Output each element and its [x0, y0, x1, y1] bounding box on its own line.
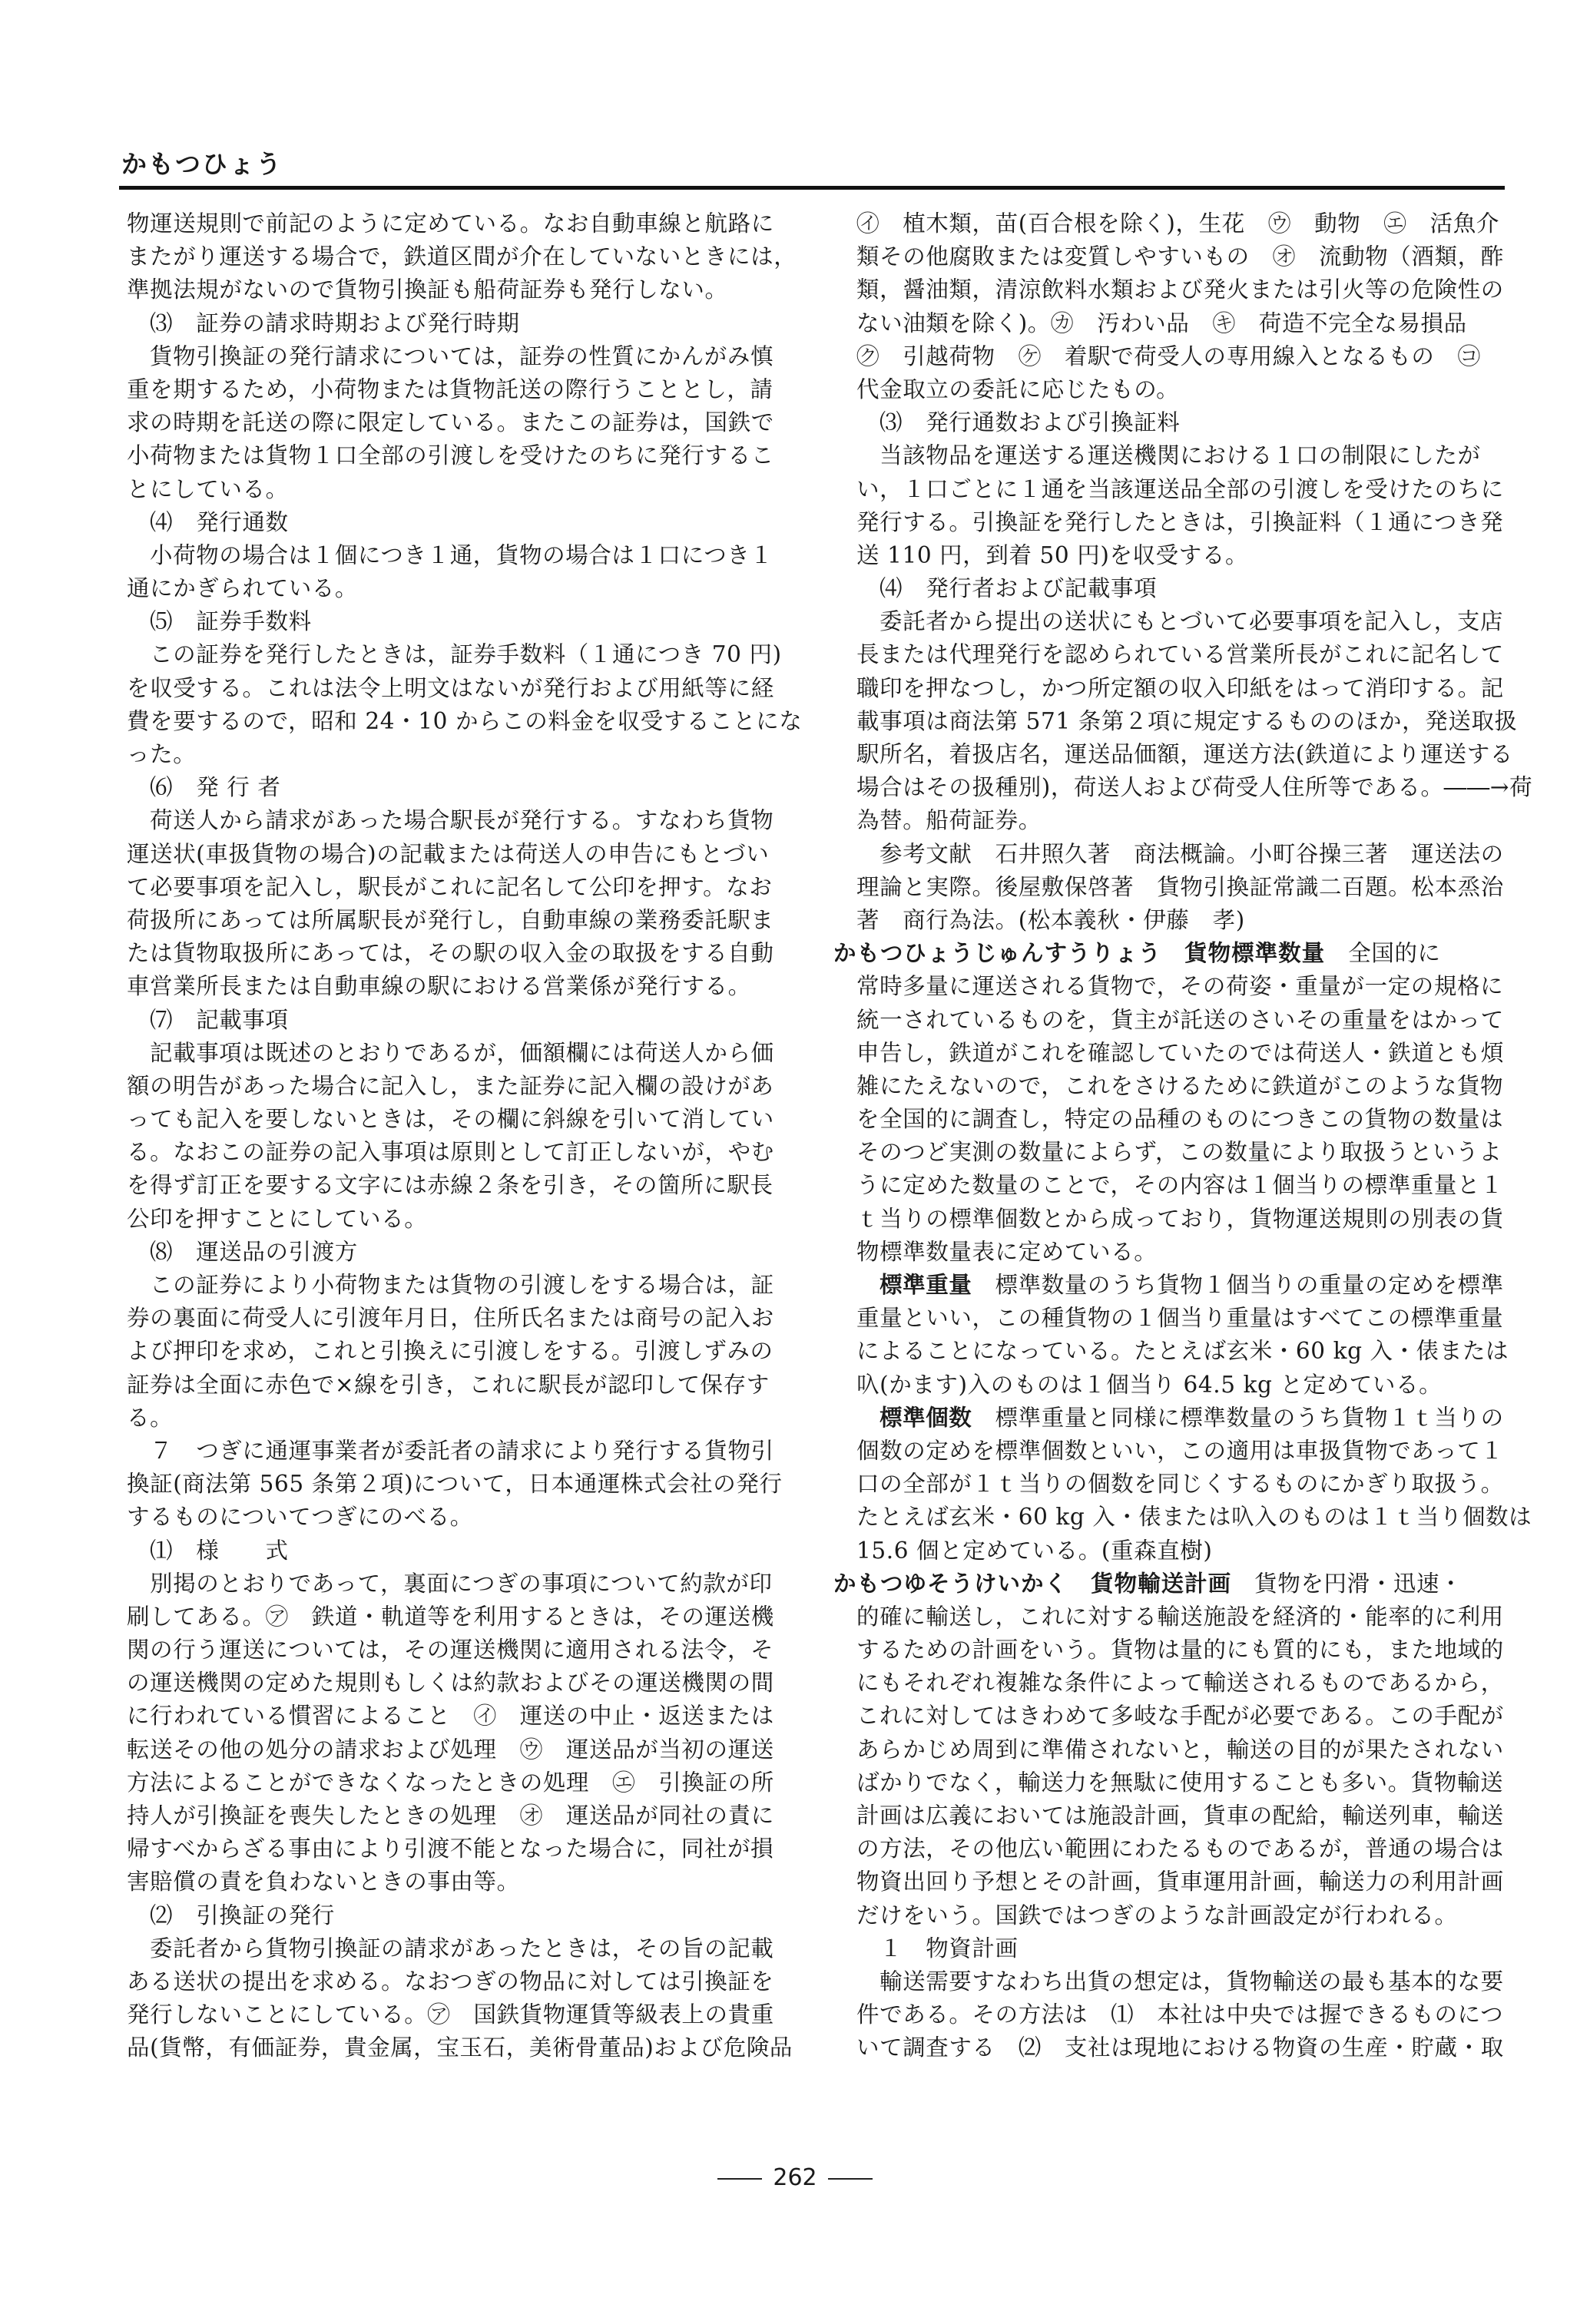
line-text: ⑶ 発行通数および引換証料: [879, 409, 1180, 435]
line-text: った。: [127, 741, 196, 767]
text-line: 公印を押すことにしている。: [127, 1203, 795, 1236]
line-text: 荷送人から請求があった場合駅長が発行する。すなわち貨物: [150, 807, 773, 833]
line-text: 載事項は商法第 571 条第２項に規定するもののほか，発送取扱: [856, 708, 1518, 734]
text-line: 常時多量に運送される貨物で，その荷姿・重量が一定の規格に: [833, 970, 1508, 1003]
line-text: だけをいう。国鉄ではつぎのような計画設定が行われる。: [856, 1902, 1458, 1928]
text-line: 的確に輸送し，これに対する輸送施設を経済的・能率的に利用: [833, 1601, 1508, 1634]
text-line: 職印を押なつし，かつ所定額の収入印紙をはって消印する。記: [833, 672, 1508, 705]
text-line: 小荷物の場合は１個につき１通，貨物の場合は１口につき１: [127, 539, 795, 572]
section-heading-line: ⑺ 記載事項: [127, 1004, 795, 1037]
right-column: ㋑ 植木類，苗(百合根を除く)，生花 ㋒ 動物 ㋓ 活魚介類その他腐敗または変質…: [833, 207, 1508, 2065]
text-line: 物標準数量表に定めている。: [833, 1236, 1508, 1269]
line-text: にもそれぞれ複雑な条件によって輸送されるものであるから，: [856, 1670, 1504, 1696]
line-text: この証券を発行したときは，証券手数料（１通につき 70 円): [150, 641, 782, 667]
text-line: 持人が引換証を喪失したときの処理 ㋔ 運送品が同社の責に: [127, 1799, 795, 1832]
text-line: 計画は広義においては施設計画，貨車の配給，輸送列車，輸送: [833, 1799, 1508, 1832]
text-line: 統一されているものを，貨主が託送のさいその重量をはかって: [833, 1004, 1508, 1037]
line-text: ⑹ 発 行 者: [150, 774, 280, 800]
text-line: うに定めた数量のことで，その内容は１個当りの標準重量と１: [833, 1169, 1508, 1202]
text-line: 通にかぎられている。: [127, 572, 795, 605]
text-line: 証券は全面に赤色で×線を引き，これに駅長が認印して保存す: [127, 1369, 795, 1402]
line-text: するための計画をいう。貨物は量的にも質的にも，また地域的: [856, 1637, 1504, 1663]
text-line: 当該物品を運送する運送機関における１口の制限にしたが: [833, 439, 1508, 472]
text-line: 発行する。引換証を発行したときは，引換証料（１通につき発: [833, 506, 1508, 539]
text-line: たは貨物取扱所にあっては，その駅の収入金の取扱をする自動: [127, 937, 795, 970]
text-line: 関の行う運送については，その運送機関に適用される法令，そ: [127, 1634, 795, 1667]
line-text: ㋗ 引越荷物 ㋘ 着駅で荷受人の専用線入となるもの ㋙: [856, 343, 1481, 369]
line-text: 委託者から貨物引換証の請求があったときは，その旨の記載: [150, 1935, 773, 1961]
text-line: 為替。船荷証券。: [833, 804, 1508, 837]
line-text: る。なおこの証券の記入事項は原則として訂正しないが，やむ: [127, 1139, 774, 1165]
text-line: によることになっている。たとえば玄米・60 kg 入・俵または: [833, 1335, 1508, 1368]
text-line: この証券を発行したときは，証券手数料（１通につき 70 円): [127, 638, 795, 671]
line-text: 求の時期を託送の際に限定している。またこの証券は，国鉄で: [127, 409, 774, 435]
line-text: の運送機関の定めた規則もしくは約款およびその運送機関の間: [127, 1670, 774, 1696]
text-line: を全国的に調査し，特定の品種のものにつきこの貨物の数量は: [833, 1103, 1508, 1136]
text-line: 代金取立の委託に応じたもの。: [833, 373, 1508, 406]
line-text: 全国的に: [1348, 940, 1440, 966]
section-heading-line: ⑷ 発行通数: [127, 506, 795, 539]
text-line: 荷送人から請求があった場合駅長が発行する。すなわち貨物: [127, 804, 795, 837]
line-text: ない油類を除く)。㋕ 汚わい品 ㋖ 荷造不完全な易損品: [856, 310, 1467, 336]
line-text: ⑺ 記載事項: [150, 1007, 289, 1033]
page-number: 262: [773, 2164, 817, 2191]
text-line: の運送機関の定めた規則もしくは約款およびその運送機関の間: [127, 1667, 795, 1700]
line-text: 標準重量と同様に標準数量のうち貨物１ｔ当りの: [995, 1405, 1504, 1431]
line-text: 関の行う運送については，その運送機関に適用される法令，そ: [127, 1637, 773, 1663]
line-text: 駅所名，着扱店名，運送品価額，運送方法(鉄道により運送する: [856, 741, 1513, 767]
line-text: 貨物引換証の発行請求については，証券の性質にかんがみ慎: [150, 343, 773, 369]
line-text: 貨物を円滑・迅速・: [1254, 1571, 1462, 1597]
text-line: る。: [127, 1402, 795, 1435]
text-line: またがり運送する場合で，鉄道区間が介在していないときには，: [127, 240, 795, 273]
line-text: またがり運送する場合で，鉄道区間が介在していないときには，: [127, 243, 797, 270]
entry-headword: かもつゆそうけいかく: [833, 1571, 1068, 1597]
text-line: 品(貨幣，有価証券，貴金属，宝玉石，美術骨董品)および危険品: [127, 2031, 795, 2064]
entry-kanji-term: 貨物標準数量: [1184, 940, 1325, 966]
line-text: ⑴ 様 式: [150, 1538, 289, 1564]
line-text: 小荷物の場合は１個につき１通，貨物の場合は１口につき１: [150, 542, 773, 568]
text-line: 額の明告があった場合に記入し，また証券に記入欄の設けがあ: [127, 1070, 795, 1103]
text-line: 類その他腐敗または変質しやすいもの ㋔ 流動物（酒類，酢: [833, 240, 1508, 273]
text-line: 雑にたえないので，これをさけるために鉄道がこのような貨物: [833, 1070, 1508, 1103]
text-line: 場合はその扱種別)，荷送人および荷受人住所等である。――→荷: [833, 771, 1508, 804]
line-text: 場合はその扱種別)，荷送人および荷受人住所等である。――→荷: [856, 774, 1532, 800]
text-line: 載事項は商法第 571 条第２項に規定するもののほか，発送取扱: [833, 705, 1508, 738]
line-text: を収受する。これは法令上明文はないが発行および用紙等に経: [127, 675, 774, 701]
text-line: 別掲のとおりであって，裏面につぎの事項について約款が印: [127, 1568, 795, 1601]
section-heading-line: ⑴ 様 式: [127, 1534, 795, 1568]
text-line: っても記入を要しないときは，その欄に斜線を引いて消してい: [127, 1103, 795, 1136]
text-line: 帰すべからざる事由により引渡不能となった場合に，同社が損: [127, 1832, 795, 1865]
text-line: 類，醤油類，清涼飲料水類および発火または引火等の危険性の: [833, 273, 1508, 306]
line-text: 15.6 個と定めている。(重森直樹): [856, 1538, 1212, 1564]
text-line: あらかじめ周到に準備されないと，輸送の目的が果たされない: [833, 1733, 1508, 1766]
line-text: 運送状(車扱貨物の場合)の記載または荷送人の申告にもとづい: [127, 841, 769, 867]
footer-dash-left: [717, 2178, 762, 2180]
line-text: 代金取立の委託に応じたもの。: [856, 376, 1179, 402]
line-text: 物運送規則で前記のように定めている。なお自動車線と航路に: [127, 210, 774, 237]
text-line: 15.6 個と定めている。(重森直樹): [833, 1534, 1508, 1568]
text-line: る。なおこの証券の記入事項は原則として訂正しないが，やむ: [127, 1136, 795, 1169]
line-text: い，１口ごとに１通を当該運送品全部の引渡しを受けたのちに: [856, 476, 1504, 502]
text-line: だけをいう。国鉄ではつぎのような計画設定が行われる。: [833, 1899, 1508, 1932]
section-heading-line: ⑵ 引換証の発行: [127, 1899, 795, 1932]
line-text: 件である。その方法は ⑴ 本社は中央では握できるものにつ: [856, 2001, 1503, 2028]
line-text: 車営業所長または自動車線の駅における営業係が発行する。: [127, 973, 751, 999]
line-text: ⑵ 引換証の発行: [150, 1902, 335, 1928]
line-text: １ 物資計画: [879, 1935, 1019, 1961]
line-text: ⑷ 発行通数: [150, 509, 289, 535]
text-line: この証券により小荷物または貨物の引渡しをする場合は，証: [127, 1269, 795, 1302]
text-line: 物運送規則で前記のように定めている。なお自動車線と航路に: [127, 207, 795, 240]
line-text: の方法，その他広い範囲にわたるものであるが，普通の場合は: [856, 1836, 1504, 1862]
line-text: 叺(かます)入のものは１個当り 64.5 kg と定めている。: [856, 1372, 1442, 1398]
line-text: たは貨物取扱所にあっては，その駅の収入金の取扱をする自動: [127, 940, 774, 966]
line-text: そのつど実測の数量によらず，この数量により取扱うというよ: [856, 1139, 1502, 1165]
line-text: 類その他腐敗または変質しやすいもの ㋔ 流動物（酒類，酢: [856, 243, 1504, 270]
text-line: にもそれぞれ複雑な条件によって輸送されるものであるから，: [833, 1667, 1508, 1700]
text-line: 方法によることができなくなったときの処理 ㋓ 引換証の所: [127, 1766, 795, 1799]
line-text: 委託者から提出の送状にもとづいて必要事項を記入し，支店: [879, 608, 1503, 634]
text-line: の方法，その他広い範囲にわたるものであるが，普通の場合は: [833, 1832, 1508, 1865]
text-line: 委託者から提出の送状にもとづいて必要事項を記入し，支店: [833, 605, 1508, 638]
text-line: 運送状(車扱貨物の場合)の記載または荷送人の申告にもとづい: [127, 838, 795, 871]
text-line: 送 110 円，到着 50 円)を収受する。: [833, 539, 1508, 572]
line-text: 送 110 円，到着 50 円)を収受する。: [856, 542, 1248, 568]
line-text: 的確に輸送し，これに対する輸送施設を経済的・能率的に利用: [856, 1604, 1504, 1630]
line-text: ⑸ 証券手数料: [150, 608, 312, 634]
text-line: 理論と実際。後屋敷保啓著 貨物引換証常識二百題。松本烝治: [833, 871, 1508, 904]
line-text: ある送状の提出を求める。なおつぎの物品に対しては引換証を: [127, 1968, 774, 1995]
text-line: 重を期するため，小荷物または貨物託送の際行うこととし，請: [127, 373, 795, 406]
text-line: 車営業所長または自動車線の駅における営業係が発行する。: [127, 970, 795, 1003]
line-text: 物標準数量表に定めている。: [856, 1239, 1157, 1265]
text-line: するものについてつぎにのべる。: [127, 1501, 795, 1534]
text-line: った。: [127, 738, 795, 771]
line-text: 類，醤油類，清涼飲料水類および発火または引火等の危険性の: [856, 276, 1504, 303]
entry-kanji-term: 貨物輸送計画: [1091, 1571, 1231, 1597]
line-text: を全国的に調査し，特定の品種のものにつきこの貨物の数量は: [856, 1106, 1503, 1132]
line-text: ⑻ 運送品の引渡方: [150, 1239, 358, 1265]
text-line: これに対してはきわめて多岐な手配が必要である。この手配が: [833, 1700, 1508, 1733]
line-text: いて調査する ⑵ 支社は現地における物資の生産・貯蔵・取: [856, 2034, 1504, 2061]
line-text: 発行する。引換証を発行したときは，引換証料（１通につき発: [856, 509, 1503, 535]
section-heading-line: ⑻ 運送品の引渡方: [127, 1236, 795, 1269]
text-line: て必要事項を記入し，駅長がこれに記名して公印を押す。なお: [127, 871, 795, 904]
text-line: ㋗ 引越荷物 ㋘ 着駅で荷受人の専用線入となるもの ㋙: [833, 340, 1508, 373]
line-text: 申告し，鉄道がこれを確認していたのでは荷送人・鉄道とも煩: [856, 1040, 1504, 1066]
line-text: 統一されているものを，貨主が託送のさいその重量をはかって: [856, 1007, 1504, 1033]
line-text: 転送その他の処分の請求および処理 ㋒ 運送品が当初の運送: [127, 1736, 774, 1763]
line-text: 発行しないことにしている。㋐ 国鉄貨物運賃等級表上の貴重: [127, 2001, 774, 2028]
line-text: 換証(商法第 565 条第２項)について，日本通運株式会社の発行: [127, 1471, 783, 1497]
section-heading-line: ⑸ 証券手数料: [127, 605, 795, 638]
line-text: 別掲のとおりであって，裏面につぎの事項について約款が印: [150, 1571, 773, 1597]
line-text: 長または代理発行を認められている営業所長がこれに記名して: [856, 641, 1504, 667]
line-text: っても記入を要しないときは，その欄に斜線を引いて消してい: [127, 1106, 774, 1132]
text-line: 標準重量 標準数量のうち貨物１個当りの重量の定めを標準: [833, 1269, 1508, 1302]
line-text: ７ つぎに通運事業者が委託者の請求により発行する貨物引: [150, 1438, 774, 1464]
text-line: 換証(商法第 565 条第２項)について，日本通運株式会社の発行: [127, 1468, 795, 1501]
text-line: よび押印を求め，これと引換えに引渡しをする。引渡しずみの: [127, 1335, 795, 1368]
line-text: 準拠法規がないので貨物引換証も船荷証券も発行しない。: [127, 276, 728, 303]
line-text: 持人が引換証を喪失したときの処理 ㋔ 運送品が同社の責に: [127, 1803, 774, 1829]
text-line: 口の全部が１ｔ当りの個数を同じくするものにかぎり取扱う。: [833, 1468, 1508, 1501]
line-text: ばかりでなく，輸送力を無駄に使用することも多い。貨物輸送: [856, 1769, 1503, 1796]
text-line: 券の裏面に荷受人に引渡年月日，住所氏名または商号の記入お: [127, 1302, 795, 1335]
line-text: 額の明告があった場合に記入し，また証券に記入欄の設けがあ: [127, 1073, 774, 1099]
line-text: 荷扱所にあっては所属駅長が発行し，自動車線の業務委託駅ま: [127, 907, 774, 933]
line-text: に行われている慣習によること ㋑ 運送の中止・返送または: [127, 1703, 774, 1729]
line-text: ㋑ 植木類，苗(百合根を除く)，生花 ㋒ 動物 ㋓ 活魚介: [856, 210, 1499, 237]
text-line: 害賠償の責を負わないときの事由等。: [127, 1865, 795, 1899]
left-column: 物運送規則で前記のように定めている。なお自動車線と航路にまたがり運送する場合で，…: [127, 207, 795, 2065]
line-text: よび押印を求め，これと引換えに引渡しをする。引渡しずみの: [127, 1338, 773, 1364]
line-text: この証券により小荷物または貨物の引渡しをする場合は，証: [150, 1272, 774, 1298]
text-line: そのつど実測の数量によらず，この数量により取扱うというよ: [833, 1136, 1508, 1169]
text-line: 求の時期を託送の際に限定している。またこの証券は，国鉄で: [127, 406, 795, 439]
text-line: 貨物引換証の発行請求については，証券の性質にかんがみ慎: [127, 340, 795, 373]
header-rule: [119, 186, 1505, 190]
text-line: いて調査する ⑵ 支社は現地における物資の生産・貯蔵・取: [833, 2031, 1508, 2064]
section-heading-line: ⑶ 発行通数および引換証料: [833, 406, 1508, 439]
text-line: 申告し，鉄道がこれを確認していたのでは荷送人・鉄道とも煩: [833, 1037, 1508, 1070]
line-text: て必要事項を記入し，駅長がこれに記名して公印を押す。なお: [127, 874, 772, 900]
dictionary-entry-line: かもつひょうじゅんすうりょう 貨物標準数量 全国的に: [833, 937, 1508, 970]
line-text: 口の全部が１ｔ当りの個数を同じくするものにかぎり取扱う。: [856, 1471, 1504, 1497]
line-text: 刷してある。㋐ 鉄道・軌道等を利用するときは，その運送機: [127, 1604, 774, 1630]
text-line: 記載事項は既述のとおりであるが，価額欄には荷送人から価: [127, 1037, 795, 1070]
text-line: を得ず訂正を要する文字には赤線２条を引き，その箇所に駅長: [127, 1169, 795, 1202]
text-line: 刷してある。㋐ 鉄道・軌道等を利用するときは，その運送機: [127, 1601, 795, 1634]
line-text: 標準数量のうち貨物１個当りの重量の定めを標準: [995, 1272, 1504, 1298]
text-line: 費を要するので，昭和 24・10 からこの料金を収受することにな: [127, 705, 795, 738]
text-line: 重量といい，この種貨物の１個当り重量はすべてこの標準重量: [833, 1302, 1508, 1335]
line-text: これに対してはきわめて多岐な手配が必要である。この手配が: [856, 1703, 1504, 1729]
line-text: ⑷ 発行者および記載事項: [879, 575, 1157, 601]
line-text: 物資出回り予想とその計画，貨車運用計画，輸送力の利用計画: [856, 1869, 1504, 1895]
line-text: ｔ当りの標準個数とから成っており，貨物運送規則の別表の貨: [856, 1206, 1504, 1232]
line-text: うに定めた数量のことで，その内容は１個当りの標準重量と１: [856, 1172, 1503, 1198]
dictionary-entry-line: かもつゆそうけいかく 貨物輸送計画 貨物を円滑・迅速・: [833, 1568, 1508, 1601]
line-text: 券の裏面に荷受人に引渡年月日，住所氏名または商号の記入お: [127, 1305, 774, 1331]
text-line: 参考文献 石井照久著 商法概論。小町谷操三著 運送法の: [833, 838, 1508, 871]
section-heading-line: ⑶ 証券の請求時期および発行時期: [127, 307, 795, 340]
line-text: 帰すべからざる事由により引渡不能となった場合に，同社が損: [127, 1836, 773, 1862]
line-text: 害賠償の責を負わないときの事由等。: [127, 1869, 520, 1895]
line-text: 計画は広義においては施設計画，貨車の配給，輸送列車，輸送: [856, 1803, 1504, 1829]
line-text: あらかじめ周到に準備されないと，輸送の目的が果たされない: [856, 1736, 1504, 1763]
text-line: ７ つぎに通運事業者が委託者の請求により発行する貨物引: [127, 1435, 795, 1468]
subterm-keyword: 標準個数: [879, 1405, 972, 1431]
line-text: 重を期するため，小荷物または貨物託送の際行うこととし，請: [127, 376, 773, 402]
line-text: 費を要するので，昭和 24・10 からこの料金を収受することにな: [127, 708, 802, 734]
line-text: 個数の定めを標準個数といい，この適用は車扱貨物であって１: [856, 1438, 1504, 1464]
text-line: 小荷物または貨物１口全部の引渡しを受けたのちに発行するこ: [127, 439, 795, 472]
line-text: 職印を押なつし，かつ所定額の収入印紙をはって消印する。記: [856, 675, 1504, 701]
section-heading-line: ⑹ 発 行 者: [127, 771, 795, 804]
line-text: 著 商行為法。(松本義秋・伊藤 孝): [856, 907, 1245, 933]
footer-dash-right: [828, 2178, 873, 2180]
text-line: とにしている。: [127, 473, 795, 506]
line-text: 雑にたえないので，これをさけるために鉄道がこのような貨物: [856, 1073, 1503, 1099]
section-heading-line: ⑷ 発行者および記載事項: [833, 572, 1508, 605]
text-line: 著 商行為法。(松本義秋・伊藤 孝): [833, 904, 1508, 937]
text-line: 発行しないことにしている。㋐ 国鉄貨物運賃等級表上の貴重: [127, 1998, 795, 2031]
text-line: 長または代理発行を認められている営業所長がこれに記名して: [833, 638, 1508, 671]
text-line: に行われている慣習によること ㋑ 運送の中止・返送または: [127, 1700, 795, 1733]
line-text: 方法によることができなくなったときの処理 ㋓ 引換証の所: [127, 1769, 774, 1796]
text-line: 転送その他の処分の請求および処理 ㋒ 運送品が当初の運送: [127, 1733, 795, 1766]
line-text: とにしている。: [127, 476, 289, 502]
text-line: 叺(かます)入のものは１個当り 64.5 kg と定めている。: [833, 1369, 1508, 1402]
text-line: 件である。その方法は ⑴ 本社は中央では握できるものにつ: [833, 1998, 1508, 2031]
text-line: 輸送需要すなわち出貨の想定は，貨物輸送の最も基本的な要: [833, 1965, 1508, 1998]
text-line: 準拠法規がないので貨物引換証も船荷証券も発行しない。: [127, 273, 795, 306]
text-line: たとえば玄米・60 kg 入・俵または叺入のものは１ｔ当り個数は: [833, 1501, 1508, 1534]
text-line: 物資出回り予想とその計画，貨車運用計画，輸送力の利用計画: [833, 1865, 1508, 1899]
text-line: ｔ当りの標準個数とから成っており，貨物運送規則の別表の貨: [833, 1203, 1508, 1236]
line-text: 証券は全面に赤色で×線を引き，これに駅長が認印して保存す: [127, 1372, 770, 1398]
line-text: 理論と実際。後屋敷保啓著 貨物引換証常識二百題。松本烝治: [856, 874, 1504, 900]
line-text: 通にかぎられている。: [127, 575, 358, 601]
text-line: い，１口ごとに１通を当該運送品全部の引渡しを受けたのちに: [833, 473, 1508, 506]
entry-headword: かもつひょうじゅんすうりょう: [833, 940, 1161, 966]
text-line: 荷扱所にあっては所属駅長が発行し，自動車線の業務委託駅ま: [127, 904, 795, 937]
text-line: 駅所名，着扱店名，運送品価額，運送方法(鉄道により運送する: [833, 738, 1508, 771]
line-text: たとえば玄米・60 kg 入・俵または叺入のものは１ｔ当り個数は: [856, 1504, 1532, 1530]
line-text: を得ず訂正を要する文字には赤線２条を引き，その箇所に駅長: [127, 1172, 773, 1198]
line-text: 参考文献 石井照久著 商法概論。小町谷操三著 運送法の: [879, 841, 1504, 867]
subterm-keyword: 標準重量: [879, 1272, 972, 1298]
line-text: によることになっている。たとえば玄米・60 kg 入・俵または: [856, 1338, 1509, 1364]
text-line: ない油類を除く)。㋕ 汚わい品 ㋖ 荷造不完全な易損品: [833, 307, 1508, 340]
text-line: ある送状の提出を求める。なおつぎの物品に対しては引換証を: [127, 1965, 795, 1998]
line-text: 品(貨幣，有価証券，貴金属，宝玉石，美術骨董品)および危険品: [127, 2034, 793, 2061]
line-text: 常時多量に運送される貨物で，その荷姿・重量が一定の規格に: [856, 973, 1503, 999]
text-line: 個数の定めを標準個数といい，この適用は車扱貨物であって１: [833, 1435, 1508, 1468]
line-text: 当該物品を運送する運送機関における１口の制限にしたが: [879, 442, 1481, 468]
text-line: ばかりでなく，輸送力を無駄に使用することも多い。貨物輸送: [833, 1766, 1508, 1799]
line-text: するものについてつぎにのべる。: [127, 1504, 473, 1530]
line-text: 小荷物または貨物１口全部の引渡しを受けたのちに発行するこ: [127, 442, 774, 468]
line-text: 公印を押すことにしている。: [127, 1206, 427, 1232]
line-text: 輸送需要すなわち出貨の想定は，貨物輸送の最も基本的な要: [879, 1968, 1504, 1995]
text-line: 標準個数 標準重量と同様に標準数量のうち貨物１ｔ当りの: [833, 1402, 1508, 1435]
text-line: を収受する。これは法令上明文はないが発行および用紙等に経: [127, 672, 795, 705]
text-line: 委託者から貨物引換証の請求があったときは，その旨の記載: [127, 1932, 795, 1965]
line-text: 重量といい，この種貨物の１個当り重量はすべてこの標準重量: [856, 1305, 1503, 1331]
line-text: ⑶ 証券の請求時期および発行時期: [150, 310, 520, 336]
text-line: ㋑ 植木類，苗(百合根を除く)，生花 ㋒ 動物 ㋓ 活魚介: [833, 207, 1508, 240]
section-heading-line: １ 物資計画: [833, 1932, 1508, 1965]
line-text: る。: [127, 1405, 173, 1431]
line-text: 為替。船荷証券。: [856, 807, 1042, 833]
text-line: するための計画をいう。貨物は量的にも質的にも，また地域的: [833, 1634, 1508, 1667]
page-footer: 262: [0, 2164, 1590, 2191]
running-head: かもつひょう: [121, 144, 283, 180]
line-text: 記載事項は既述のとおりであるが，価額欄には荷送人から価: [150, 1040, 774, 1066]
